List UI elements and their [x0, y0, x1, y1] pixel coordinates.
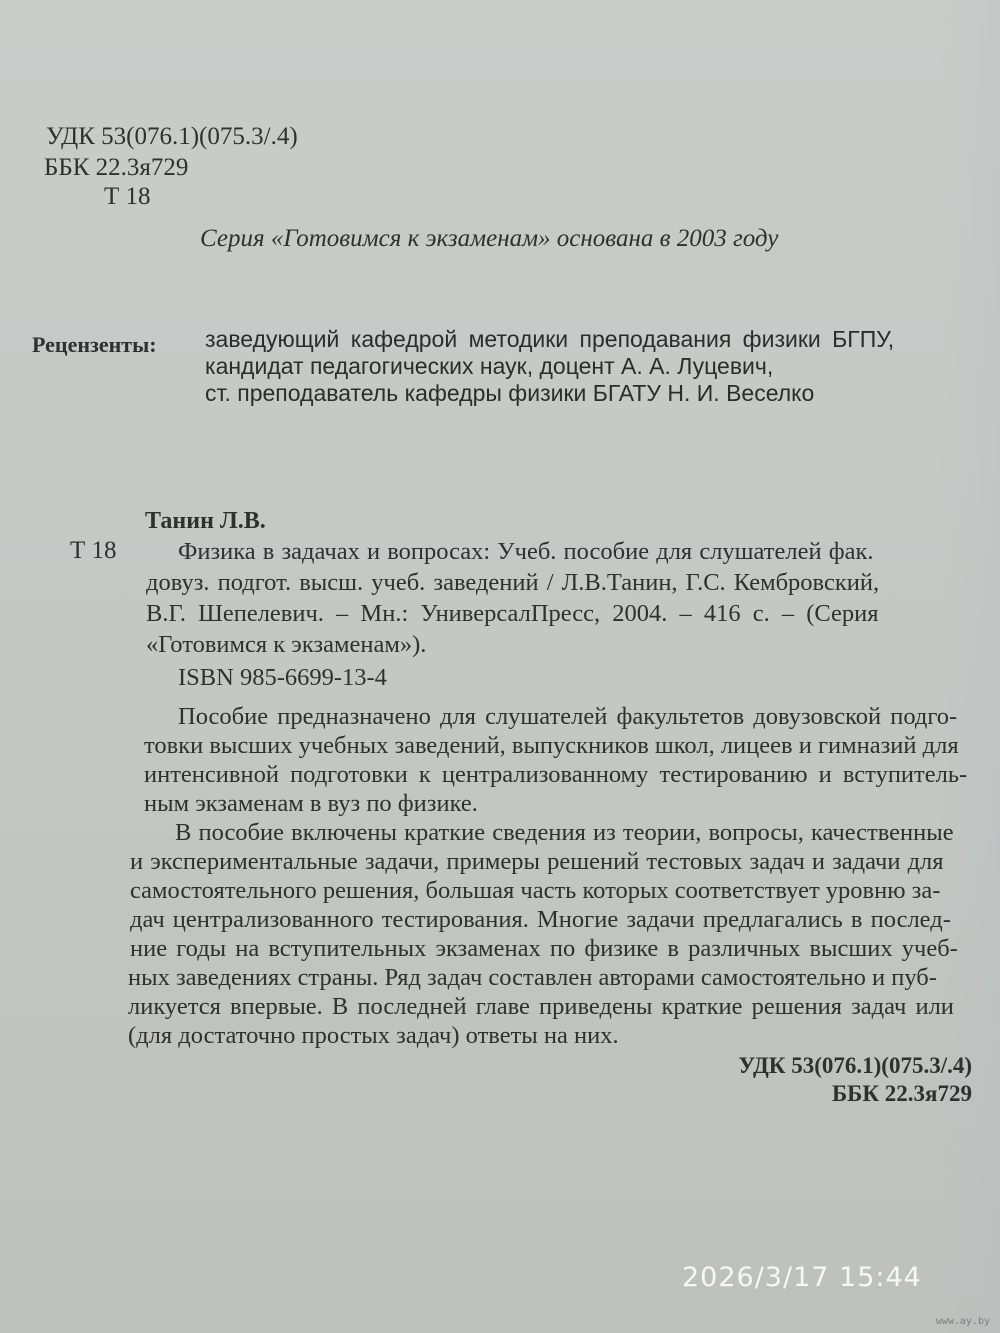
reviewer-line: кандидат педагогических наук, доцент А. …	[205, 353, 894, 380]
isbn: ISBN 985-6699-13-4	[178, 663, 387, 693]
record-line: В.Г. Шепелевич. – Мн.: УниверсалПресс, 2…	[146, 598, 879, 629]
record-line: «Готовимся к экзаменам»).	[146, 629, 426, 660]
watermark: www.ay.by	[936, 1316, 990, 1328]
udc-code: УДК 53(076.1)(075.3/.4)	[46, 122, 298, 152]
abstract-line: ние годы на вступительных экзаменах по ф…	[130, 934, 958, 963]
abstract-line: самостоятельного решения, большая часть …	[130, 876, 940, 905]
reviewers-list: заведующий кафедрой методики преподавани…	[205, 326, 894, 407]
reviewers-label: Рецензенты:	[32, 331, 157, 359]
abstract-line: Пособие предназначено для слушателей фак…	[178, 702, 957, 731]
abstract-line: дач централизованного тестирования. Мног…	[130, 905, 951, 934]
reviewer-line: заведующий кафедрой методики преподавани…	[205, 326, 894, 353]
author-code: Т 18	[104, 182, 151, 212]
abstract-line: интенсивной подготовки к централизованно…	[144, 760, 967, 789]
abstract-line: (для достаточно простых задач) ответы на…	[128, 1021, 619, 1050]
abstract-line: ным экзаменам в вуз по физике.	[144, 789, 478, 818]
abstract-line: ных заведениях страны. Ряд задач составл…	[128, 963, 937, 992]
bbk-code: ББК 22.3я729	[44, 153, 188, 183]
record-line: довуз. подгот. высш. учеб. заведений / Л…	[146, 567, 879, 598]
series-note: Серия «Готовимся к экзаменам» основана в…	[200, 224, 778, 254]
record-author-code: Т 18	[70, 536, 117, 566]
abstract-line: товки высших учебных заведений, выпускни…	[144, 731, 959, 760]
abstract-line: В пособие включены краткие сведения из т…	[175, 818, 954, 847]
record-author: Танин Л.В.	[145, 506, 266, 536]
abstract-line: и экспериментальные задачи, примеры реше…	[130, 847, 944, 876]
record-line: Физика в задачах и вопросах: Учеб. пособ…	[178, 536, 873, 567]
photo-timestamp: 2026/3/17 15:44	[682, 1262, 922, 1294]
footer-bbk-code: ББК 22.3я729	[832, 1080, 972, 1108]
page-edge-shadow	[940, 0, 1000, 1333]
reviewer-line: ст. преподаватель кафедры физики БГАТУ Н…	[205, 380, 894, 407]
footer-udc-code: УДК 53(076.1)(075.3/.4)	[738, 1052, 972, 1080]
abstract-line: ликуется впервые. В последней главе прив…	[128, 992, 954, 1021]
